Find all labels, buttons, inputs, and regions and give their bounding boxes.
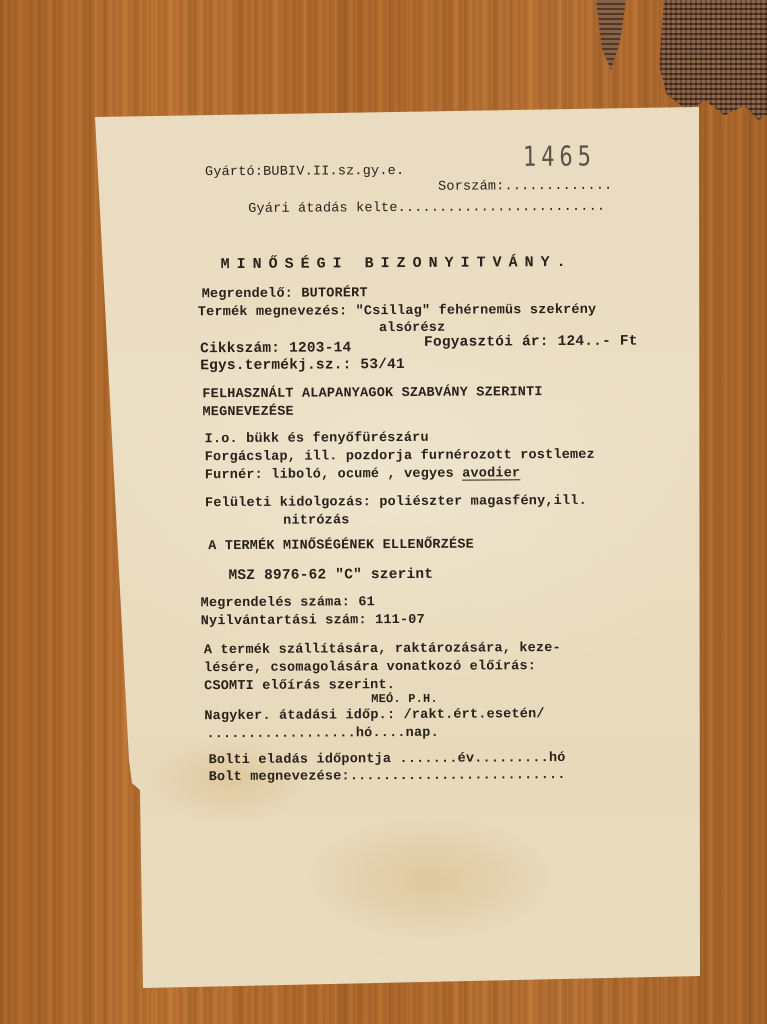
unit-product-number-line: Egys.termékj.sz.: 53/41 [200, 357, 405, 374]
item-number-line: Cikkszám: 1203-14 [200, 340, 351, 357]
materials-line-2: Forgácslap, ill. pozdorja furnérozott ro… [205, 448, 595, 465]
standard-line: MSZ 8976-62 "C" szerint [228, 567, 433, 584]
serial-number-line: Sorszám:............. [438, 179, 612, 195]
materials-line-3: Furnér: liboló, ocumé , vegyes avodier [205, 466, 521, 483]
regulations-line-1: A termék szállítására, raktározására, ke… [204, 641, 561, 658]
veneer-underlined: avodier [462, 466, 520, 481]
product-name-line: Termék megnevezés: "Csillag" fehérnemüs … [198, 303, 597, 320]
regulations-line-3: CSOMTI előírás szerint. [204, 678, 395, 694]
manufacturer-line: Gyártó:BUBIV.II.sz.gy.e. [205, 164, 404, 180]
materials-heading-1: FELHASZNÁLT ALAPANYAGOK SZABVÁNY SZERINT… [202, 385, 542, 402]
stamped-number: 1465 [523, 142, 596, 174]
materials-heading-2: MEGNEVEZÉSE [202, 405, 293, 421]
wholesale-date-line: ..................hó....nap. [206, 726, 439, 742]
retail-sale-date-line: Bolti eladás időpontja .......év........… [209, 751, 566, 768]
surface-finish-line-2: nitrózás [283, 513, 350, 528]
regulations-line-2: lésére, csomagolására vonatkozó előírás: [204, 659, 536, 676]
shop-name-line: Bolt megnevezése:.......................… [209, 768, 566, 785]
customer-line: Megrendelő: BUTORÉRT [202, 286, 368, 302]
quality-check-heading: A TERMÉK MINŐSÉGÉNEK ELLENŐRZÉSE [208, 538, 474, 555]
veneer-types: Furnér: liboló, ocumé , vegyes [205, 467, 462, 484]
wholesale-handover-line: Nagyker. átadási időp.: /rakt.ért.esetén… [204, 707, 544, 724]
quality-stamp-label: MEÓ. P.H. [371, 692, 438, 706]
order-number-line: Megrendelés száma: 61 [201, 595, 375, 611]
materials-line-1: I.o. bükk és fenyőfürészáru [205, 431, 429, 447]
factory-handover-line: Gyári átadás kelte......................… [248, 200, 605, 217]
surface-finish-line-1: Felületi kidolgozás: poliészter magasfén… [205, 494, 587, 511]
retail-price-line: Fogyasztói ár: 124..- Ft [424, 334, 638, 351]
certificate-text: Gyártó:BUBIV.II.sz.gy.e. 1465 Sorszám:..… [0, 0, 767, 1024]
certificate-title: MINŐSÉGI BIZONYITVÁNY. [221, 254, 573, 273]
registry-number-line: Nyilvántartási szám: 111-07 [201, 613, 425, 629]
